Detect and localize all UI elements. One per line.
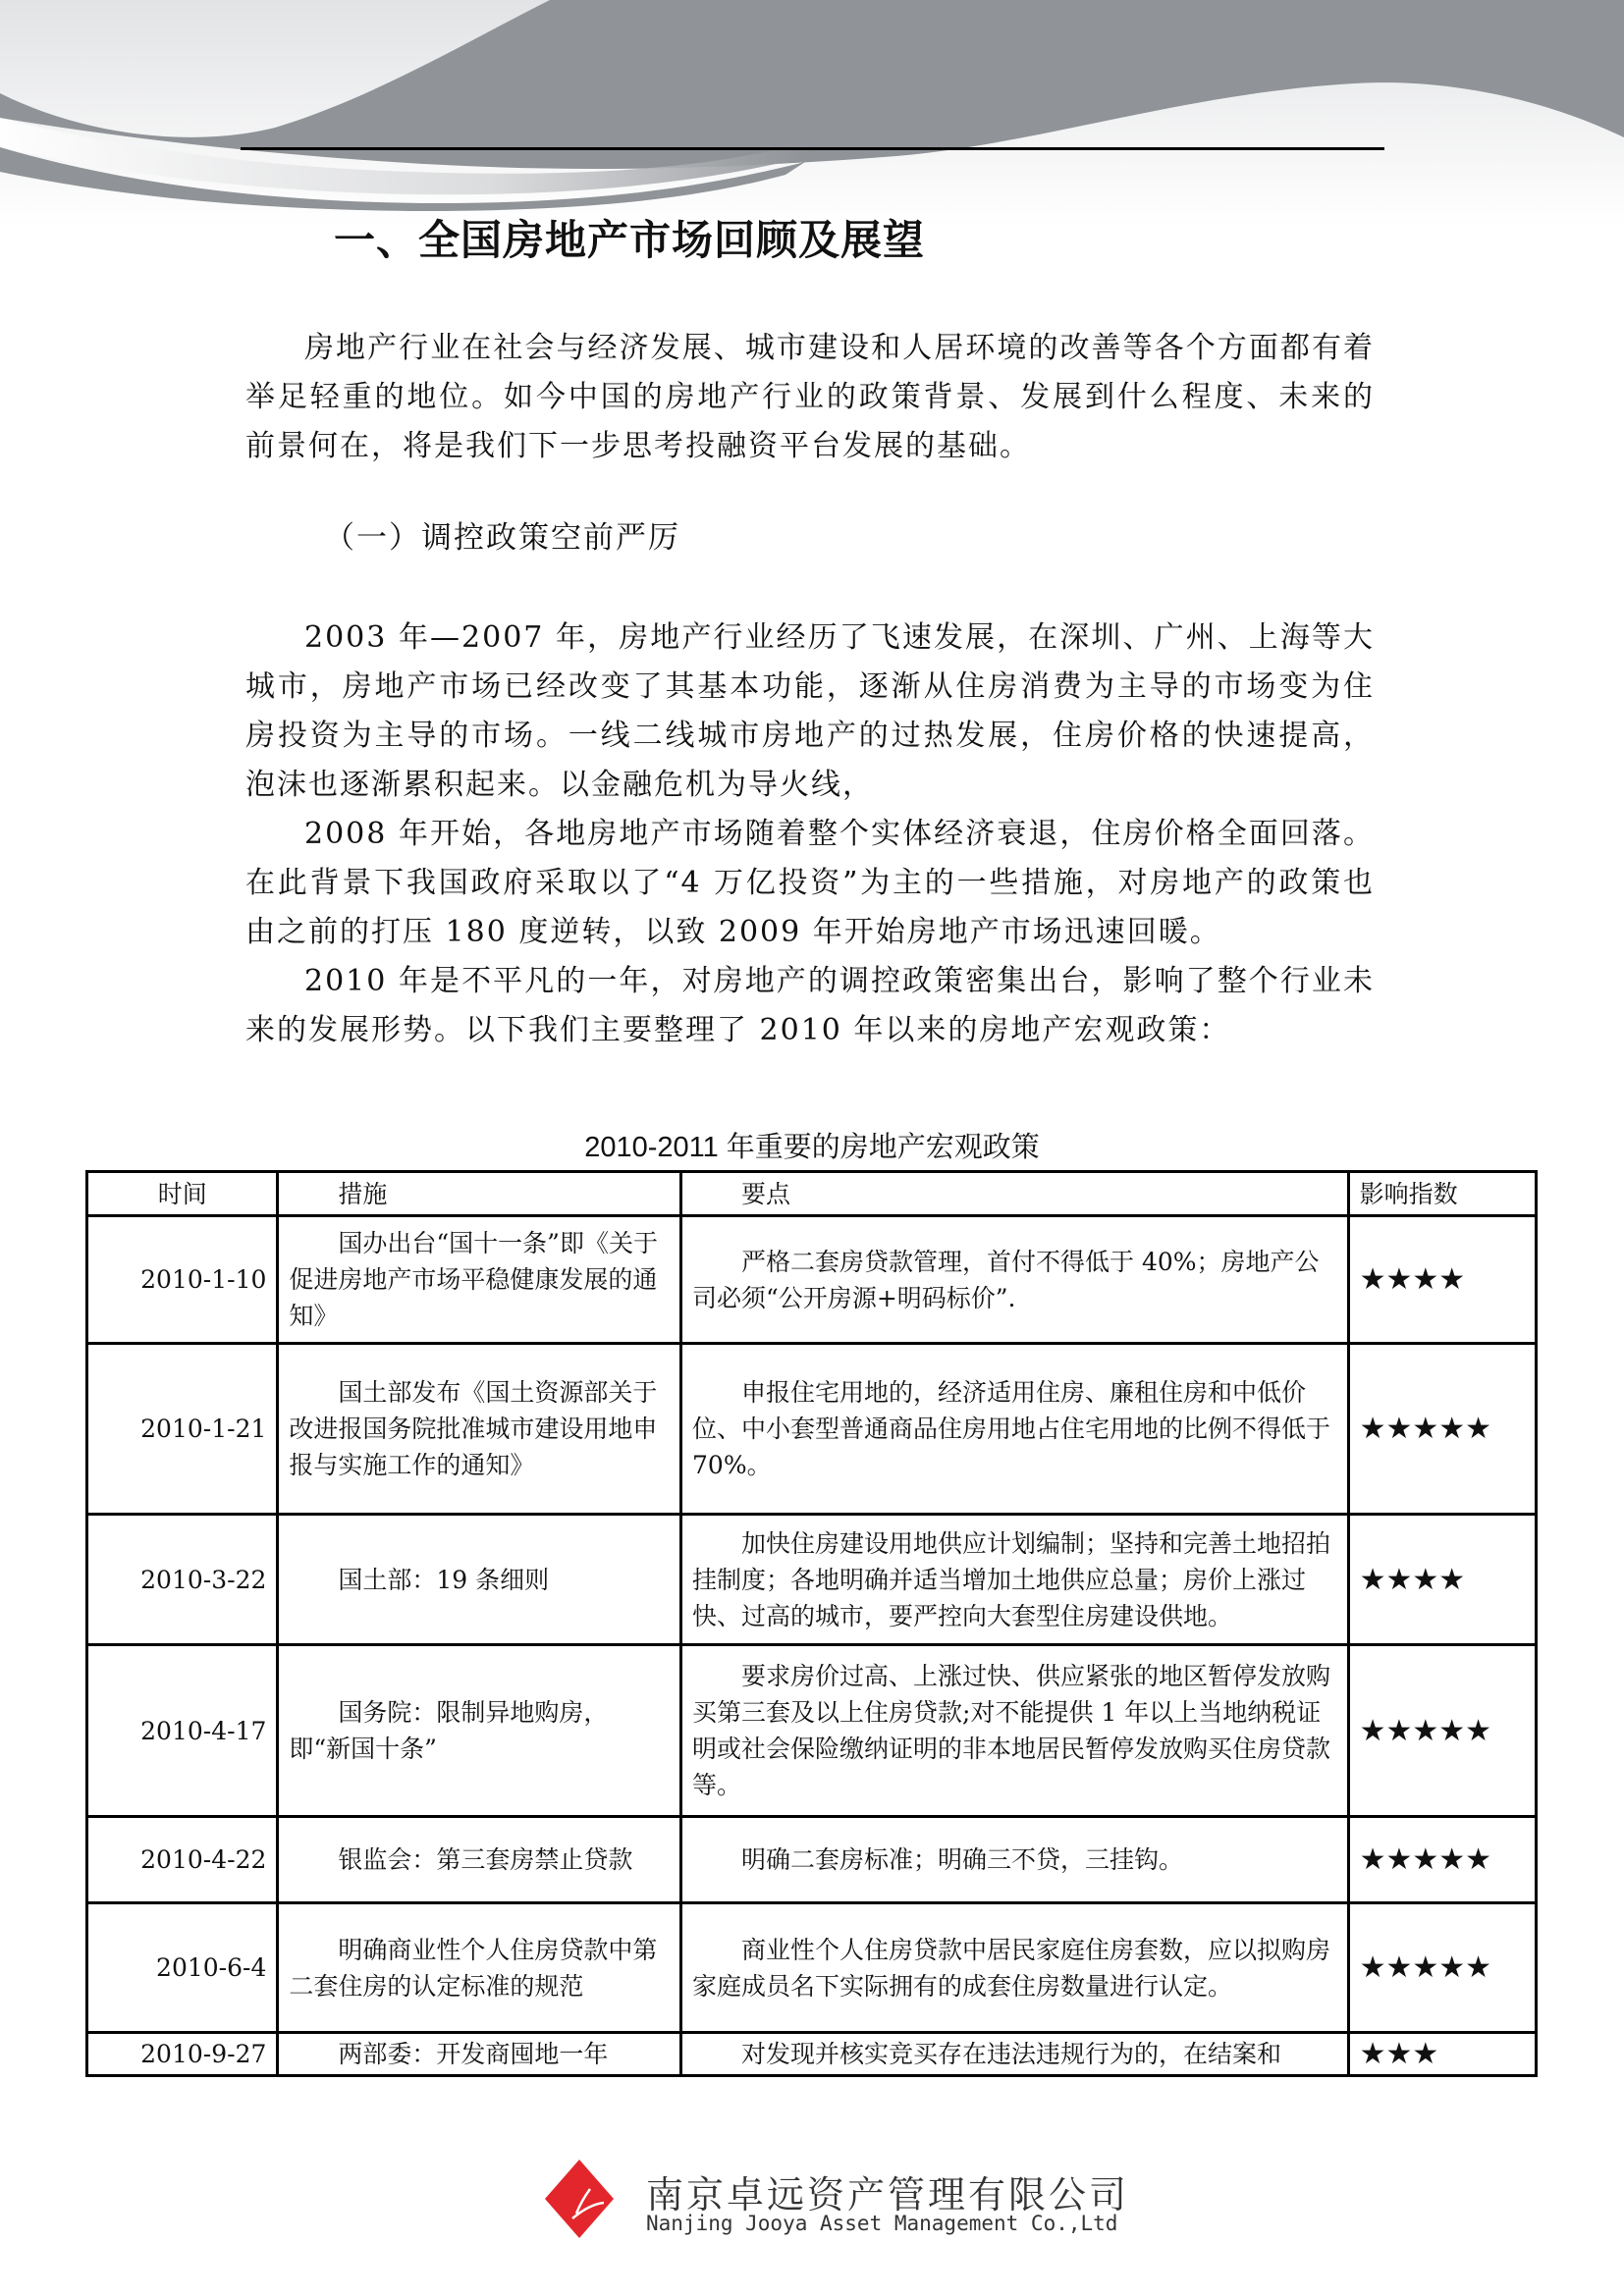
cell-measure: 明确商业性个人住房贷款中第二套住房的认定标准的规范 [278,1903,681,2033]
table-row: 2010-4-17 国务院：限制异地购房，即“新国十条” 要求房价过高、上涨过快… [87,1645,1537,1817]
header-point: 要点 [681,1172,1349,1216]
cell-date: 2010-6-4 [87,1903,278,2033]
cell-date: 2010-9-27 [87,2033,278,2076]
company-name-en: Nanjing Jooya Asset Management Co.,Ltd [646,2212,1117,2235]
cell-point: 明确二套房标准；明确三不贷，三挂钩。 [681,1817,1349,1903]
rating-stars: ★★★★★ [1348,1645,1536,1817]
cell-measure: 银监会：第三套房禁止贷款 [278,1817,681,1903]
cell-date: 2010-3-22 [87,1515,278,1645]
rating-stars: ★★★★ [1348,1216,1536,1344]
page-title: 一、全国房地产市场回顾及展望 [334,208,925,267]
header-date: 时间 [87,1172,278,1216]
table-row: 2010-9-27 两部委：开发商囤地一年 对发现并核实竞买存在违法违规行为的，… [87,2033,1537,2076]
cell-point: 加快住房建设用地供应计划编制；坚持和完善土地招拍挂制度；各地明确并适当增加土地供… [681,1515,1349,1645]
cell-point: 商业性个人住房贷款中居民家庭住房套数，应以拟购房家庭成员名下实际拥有的成套住房数… [681,1903,1349,2033]
cell-date: 2010-4-22 [87,1817,278,1903]
body-paragraph-2: 2008 年开始，各地房地产市场随着整个实体经济衰退，住房价格全面回落。在此背景… [245,810,1375,957]
table-header-row: 时间 措施 要点 影响指数 [87,1172,1537,1216]
rating-stars: ★★★★ [1348,1515,1536,1645]
cell-measure: 国务院：限制异地购房，即“新国十条” [278,1645,681,1817]
table-row: 2010-6-4 明确商业性个人住房贷款中第二套住房的认定标准的规范 商业性个人… [87,1903,1537,2033]
table-row: 2010-1-10 国办出台“国十一条”即《关于促进房地产市场平稳健康发展的通知… [87,1216,1537,1344]
table-caption: 2010-2011 年重要的房地产宏观政策 [0,1125,1624,1165]
intro-text: 房地产行业在社会与经济发展、城市建设和人居环境的改善等各个方面都有着举足轻重的地… [245,324,1375,471]
cell-measure: 两部委：开发商囤地一年 [278,2033,681,2076]
rating-stars: ★★★ [1348,2033,1536,2076]
header-rule [241,147,1384,150]
rating-stars: ★★★★★ [1348,1817,1536,1903]
cell-point: 严格二套房贷款管理，首付不得低于 40%；房地产公司必须“公开房源+明码标价”. [681,1216,1349,1344]
cell-measure: 国土部：19 条细则 [278,1515,681,1645]
cell-point: 对发现并核实竞买存在违法违规行为的，在结案和 [681,2033,1349,2076]
intro-paragraph: 房地产行业在社会与经济发展、城市建设和人居环境的改善等各个方面都有着举足轻重的地… [245,324,1375,471]
cell-point: 要求房价过高、上涨过快、供应紧张的地区暂停发放购买第三套及以上住房贷款;对不能提… [681,1645,1349,1817]
header-rating: 影响指数 [1348,1172,1536,1216]
section-heading: （一）调控政策空前严厉 [324,512,680,557]
table-row: 2010-4-22 银监会：第三套房禁止贷款 明确二套房标准；明确三不贷，三挂钩… [87,1817,1537,1903]
table-row: 2010-3-22 国土部：19 条细则 加快住房建设用地供应计划编制；坚持和完… [87,1515,1537,1645]
body-paragraph-1: 2003 年—2007 年，房地产行业经历了飞速发展，在深圳、广州、上海等大城市… [245,614,1375,810]
cell-date: 2010-1-21 [87,1344,278,1515]
cell-point: 申报住宅用地的，经济适用住房、廉租住房和中低价位、中小套型普通商品住房用地占住宅… [681,1344,1349,1515]
rating-stars: ★★★★★ [1348,1903,1536,2033]
body-paragraph-3: 2010 年是不平凡的一年，对房地产的调控政策密集出台，影响了整个行业未来的发展… [245,957,1375,1055]
cell-measure: 国办出台“国十一条”即《关于促进房地产市场平稳健康发展的通知》 [278,1216,681,1344]
rating-stars: ★★★★★ [1348,1344,1536,1515]
company-name-cn: 南京卓远资产管理有限公司 [646,2164,1129,2218]
header-wave-banner [0,0,1624,226]
header-measure: 措施 [278,1172,681,1216]
company-logo-icon [545,2160,614,2238]
cell-measure: 国土部发布《国土资源部关于改进报国务院批准城市建设用地申报与实施工作的通知》 [278,1344,681,1515]
cell-date: 2010-4-17 [87,1645,278,1817]
policy-table: 时间 措施 要点 影响指数 2010-1-10 国办出台“国十一条”即《关于促进… [85,1170,1538,2077]
section-body: 2003 年—2007 年，房地产行业经历了飞速发展，在深圳、广州、上海等大城市… [245,614,1375,1055]
table-row: 2010-1-21 国土部发布《国土资源部关于改进报国务院批准城市建设用地申报与… [87,1344,1537,1515]
cell-date: 2010-1-10 [87,1216,278,1344]
